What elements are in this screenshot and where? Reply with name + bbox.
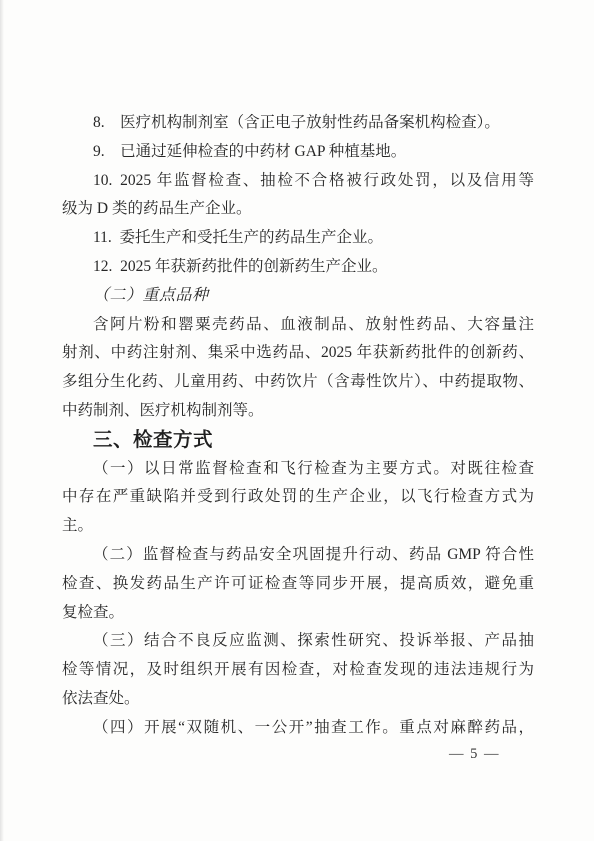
section-heading-inspection-method: 三、检查方式	[62, 426, 534, 455]
method-para-1-line-3: 主。	[62, 512, 534, 541]
method-para-2-line-1: （二）监督检查与药品安全巩固提升行动、药品 GMP 符合性	[62, 541, 534, 570]
method-para-1-line-1: （一）以日常监督检查和飞行检查为主要方式。对既往检查	[62, 455, 534, 484]
method-para-1-line-2: 中存在严重缺陷并受到行政处罚的生产企业，以飞行检查方式为	[62, 483, 534, 512]
numbered-item-12: 12. 2025 年获新药批件的创新药生产企业。	[62, 253, 534, 282]
method-para-3-line-3: 依法查处。	[62, 685, 534, 714]
method-para-2-line-2: 检查、换发药品生产许可证检查等同步开展，提高质效，避免重	[62, 570, 534, 599]
key-varieties-para-line-4: 中药制剂、医疗机构制剂等。	[62, 397, 534, 426]
document-body: 8. 医疗机构制剂室（含正电子放射性药品备案机构检查）。9. 已通过延伸检查的中…	[62, 109, 534, 743]
method-para-3-line-1: （三）结合不良反应监测、探索性研究、投诉举报、产品抽	[62, 627, 534, 656]
numbered-item-8: 8. 医疗机构制剂室（含正电子放射性药品备案机构检查）。	[62, 109, 534, 138]
key-varieties-para-line-3: 多组分生化药、儿童用药、中药饮片（含毒性饮片）、中药提取物、	[62, 368, 534, 397]
subsection-heading-key-varieties: （二）重点品种	[62, 282, 534, 311]
method-para-4-line-1: （四）开展“双随机、一公开”抽查工作。重点对麻醉药品，	[62, 714, 534, 743]
document-page: 8. 医疗机构制剂室（含正电子放射性药品备案机构检查）。9. 已通过延伸检查的中…	[0, 0, 594, 841]
numbered-item-10-cont: 级为 D 类的药品生产企业。	[62, 195, 534, 224]
method-para-3-line-2: 检等情况，及时组织开展有因检查，对检查发现的违法违规行为	[62, 656, 534, 685]
page-number: — 5 —	[449, 744, 500, 764]
method-para-2-line-3: 复检查。	[62, 599, 534, 628]
scan-edge-shadow	[0, 0, 4, 841]
key-varieties-para-line-1: 含阿片粉和罂粟壳药品、血液制品、放射性药品、大容量注	[62, 311, 534, 340]
numbered-item-11: 11. 委托生产和受托生产的药品生产企业。	[62, 224, 534, 253]
numbered-item-9: 9. 已通过延伸检查的中药材 GAP 种植基地。	[62, 138, 534, 167]
key-varieties-para-line-2: 射剂、中药注射剂、集采中选药品、2025 年获新药批件的创新药、	[62, 339, 534, 368]
numbered-item-10: 10. 2025 年监督检查、抽检不合格被行政处罚，以及信用等	[62, 167, 534, 196]
